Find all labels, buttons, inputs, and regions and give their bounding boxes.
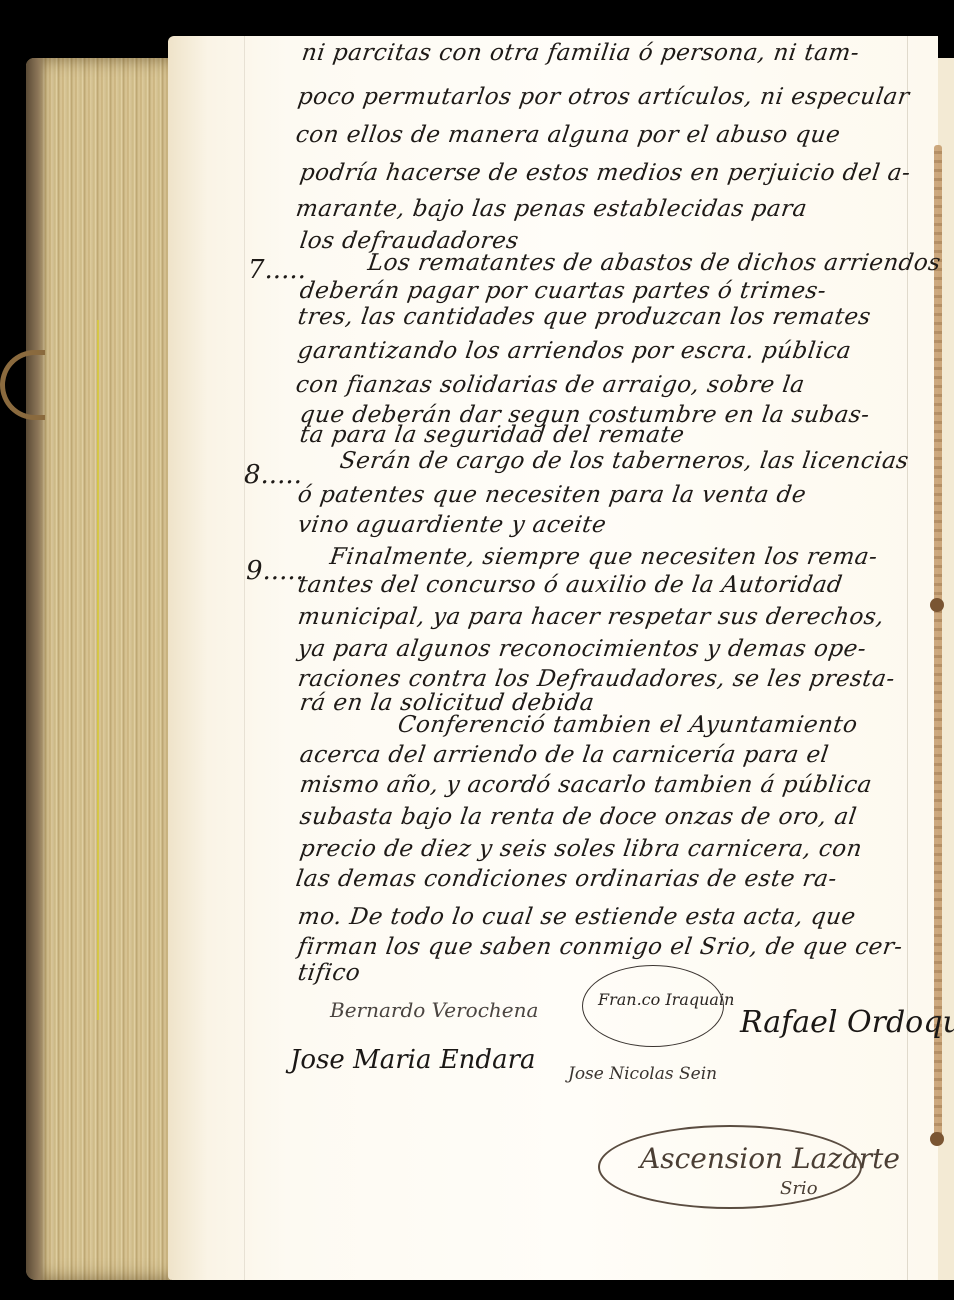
text-line: raciones contra los Defraudadores, se le…: [296, 666, 896, 692]
text-line: ya para algunos reconocimientos y demas …: [296, 636, 868, 662]
margin-number-8: 8.....: [244, 460, 302, 490]
text-line: podría hacerse de estos medios en perjui…: [298, 160, 912, 186]
page-edge-stain: [97, 320, 99, 1020]
text-line: ó patentes que necesiten para la venta d…: [296, 482, 808, 508]
text-line: ni parcitas con otra familia ó persona, …: [300, 40, 861, 66]
text-line: tifico: [296, 960, 362, 986]
text-line: municipal, ya para hacer respetar sus de…: [296, 604, 886, 630]
binding-tie: [0, 350, 45, 420]
text-line: mo. De todo lo cual se estiende esta act…: [296, 904, 857, 930]
text-line: tres, las cantidades que produzcan los r…: [296, 304, 872, 330]
margin-rule: [244, 36, 245, 1280]
text-line: tantes del concurso ó auxilio de la Auto…: [296, 572, 844, 598]
text-line: acerca del arriendo de la carnicería par…: [298, 742, 830, 768]
text-line: con fianzas solidarias de arraigo, sobre…: [294, 372, 806, 398]
text-line: Los rematantes de abastos de dichos arri…: [366, 250, 942, 276]
thread-knot: [930, 598, 944, 612]
signature: Rafael Ordoqui: [740, 1005, 954, 1040]
margin-number-7: 7.....: [248, 255, 306, 285]
signature: Jose Nicolas Sein: [568, 1064, 717, 1084]
text-line: ta para la seguridad del remate: [298, 422, 686, 448]
right-margin-rule: [907, 36, 908, 1280]
text-line: firman los que saben conmigo el Srio, de…: [296, 934, 904, 960]
signature: Fran.co Iraquain: [598, 990, 734, 1009]
text-line: las demas condiciones ordinarias de este…: [294, 866, 838, 892]
text-line: Serán de cargo de los taberneros, las li…: [338, 448, 910, 474]
text-line: mismo año, y acordó sacarlo tambien á pú…: [298, 772, 873, 798]
text-line: marante, bajo las penas establecidas par…: [294, 196, 809, 222]
binding-thread: [934, 145, 942, 1145]
text-line: Conferenció tambien el Ayuntamiento: [396, 712, 859, 738]
signature-title: Srio: [780, 1178, 818, 1199]
text-line: vino aguardiente y aceite: [296, 512, 608, 538]
text-line: Finalmente, siempre que necesiten los re…: [328, 544, 879, 570]
thread-knot: [930, 1132, 944, 1146]
signature: Bernardo Verochena: [330, 998, 538, 1022]
signature: Ascension Lazarte: [640, 1142, 900, 1175]
text-line: subasta bajo la renta de doce onzas de o…: [298, 804, 858, 830]
text-line: con ellos de manera alguna por el abuso …: [294, 122, 842, 148]
margin-number-9: 9.....: [246, 556, 304, 586]
text-line: poco permutarlos por otros artículos, ni…: [296, 84, 911, 110]
text-line: deberán pagar por cuartas partes ó trime…: [298, 278, 828, 304]
text-line: precio de diez y seis soles libra carnic…: [298, 836, 864, 862]
text-line: garantizando los arriendos por escra. pú…: [296, 338, 853, 364]
signature: Jose Maria Endara: [290, 1045, 536, 1075]
